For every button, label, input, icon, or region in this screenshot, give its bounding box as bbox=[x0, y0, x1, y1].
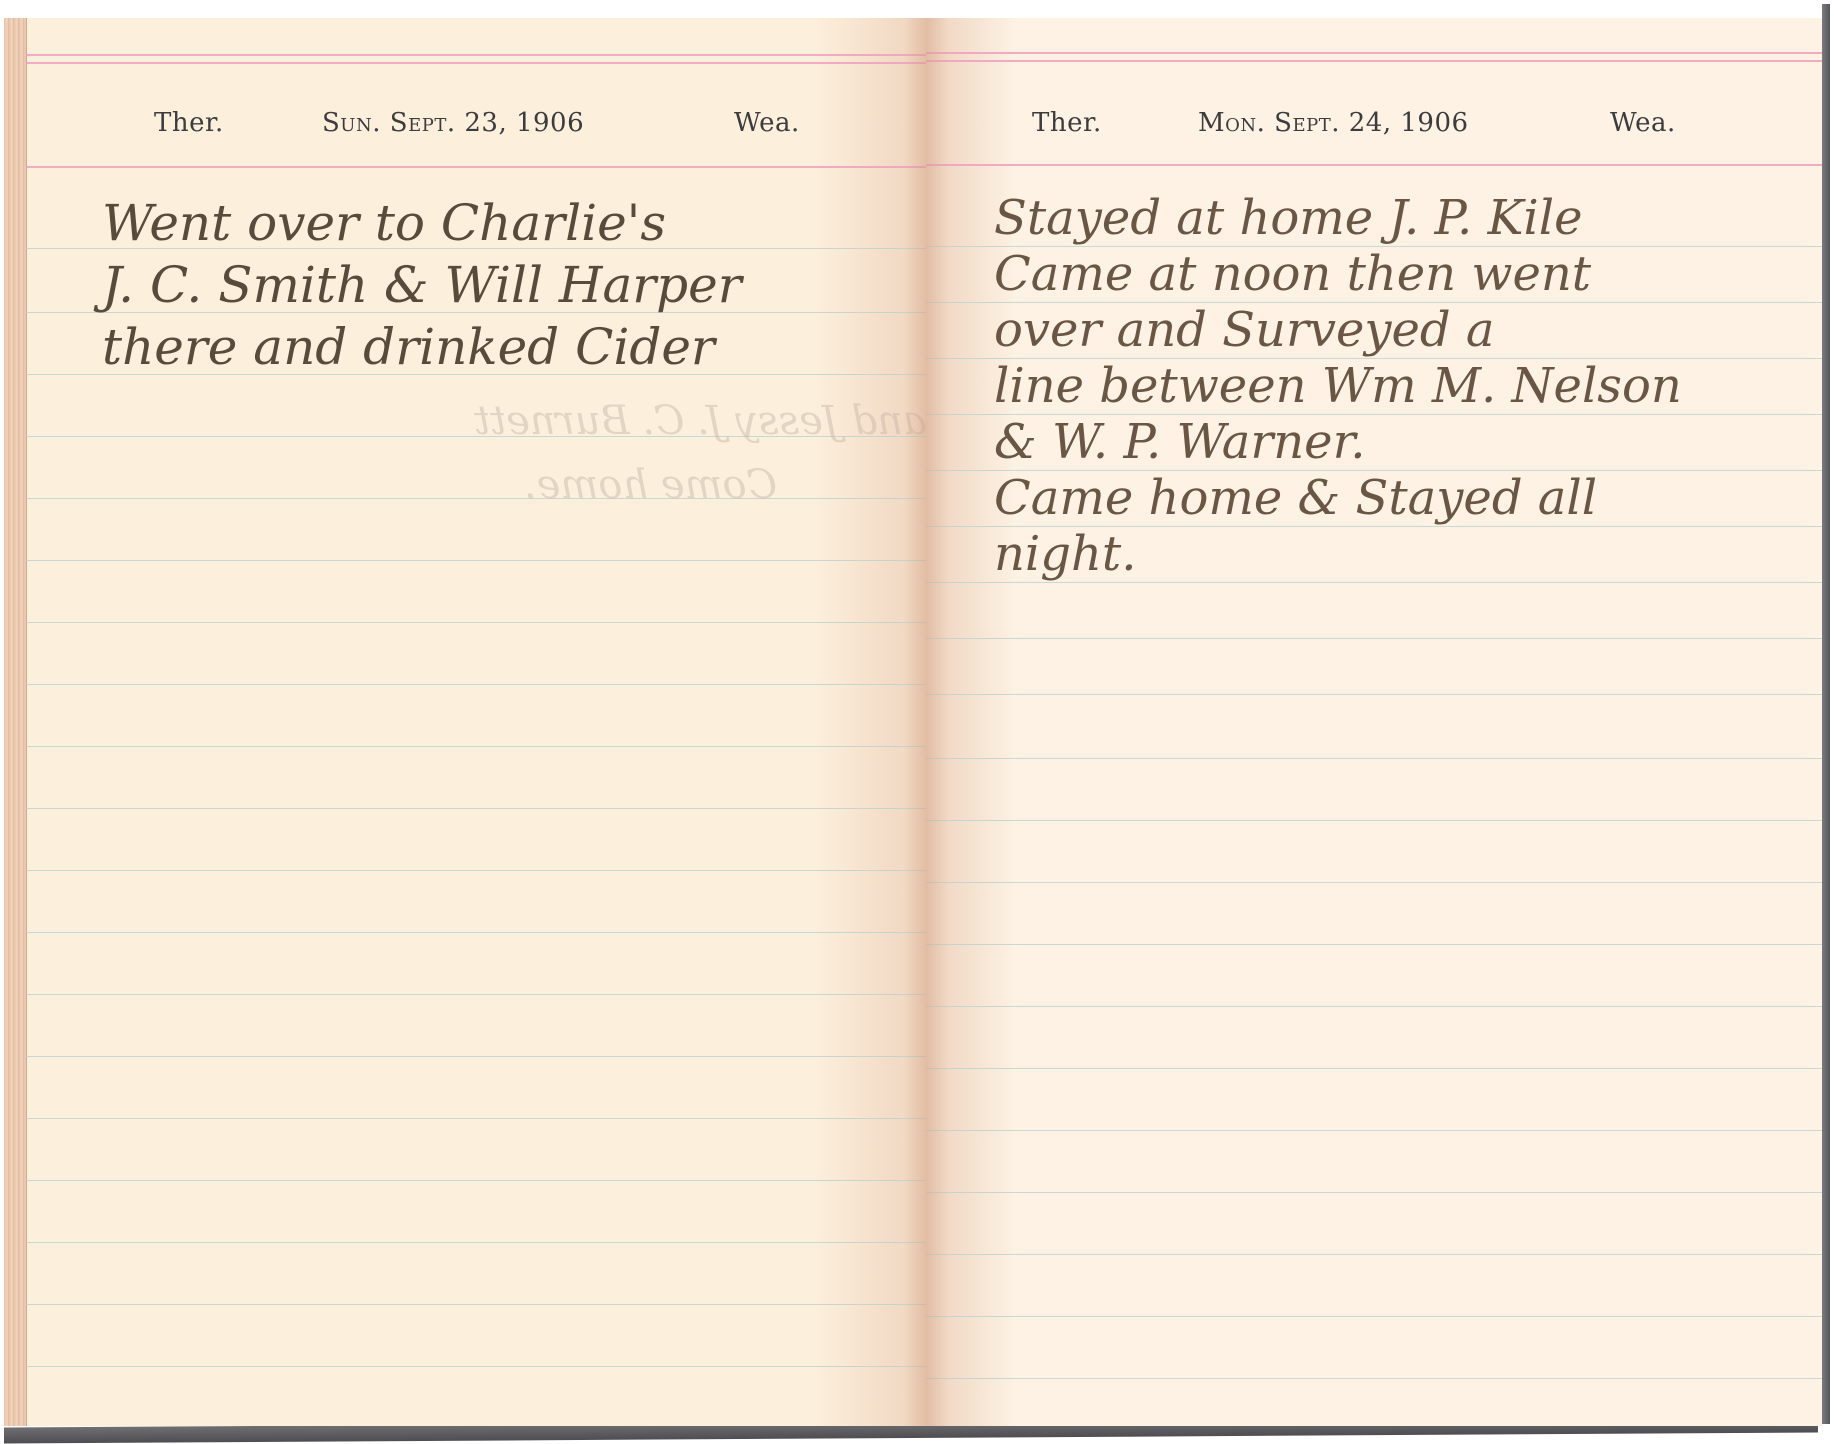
left-page: Ther. Sun. Sept. 23, 1906 Wea. bbox=[4, 18, 926, 1426]
entry-line: Stayed at home J. P. Kile bbox=[994, 190, 1682, 246]
header-rule-top bbox=[26, 54, 926, 56]
entry-line: there and drinked Cider bbox=[102, 316, 742, 378]
right-page-header: Ther. Mon. Sept. 24, 1906 Wea. bbox=[926, 90, 1822, 150]
entry-line: over and Surveyed a bbox=[994, 302, 1682, 358]
wea-label: Wea. bbox=[734, 108, 800, 138]
entry-line: Went over to Charlie's bbox=[102, 192, 742, 254]
wea-label: Wea. bbox=[1610, 108, 1676, 138]
entry-line: & W. P. Warner. bbox=[994, 414, 1682, 470]
header-rule-bottom bbox=[26, 166, 926, 168]
right-page-entry: Stayed at home J. P. Kile Came at noon t… bbox=[994, 190, 1682, 582]
page-date: Sun. Sept. 23, 1906 bbox=[322, 108, 584, 138]
bleed-through-line-2: Come home. bbox=[524, 462, 777, 508]
page-date: Mon. Sept. 24, 1906 bbox=[1198, 108, 1469, 138]
book-spine bbox=[904, 18, 948, 1426]
header-rule-bottom bbox=[926, 164, 1822, 166]
entry-line: Came home & Stayed all bbox=[994, 470, 1682, 526]
diary-spread: Ther. Sun. Sept. 23, 1906 Wea. bbox=[4, 18, 1822, 1426]
left-page-entry: Went over to Charlie's J. C. Smith & Wil… bbox=[102, 192, 742, 378]
entry-line: night. bbox=[994, 526, 1682, 582]
page-edges bbox=[4, 18, 27, 1426]
left-page-header: Ther. Sun. Sept. 23, 1906 Wea. bbox=[4, 90, 926, 150]
entry-line: Came at noon then went bbox=[994, 246, 1682, 302]
bleed-through-line-1: and Jessy J. C. Burnett bbox=[474, 398, 926, 444]
header-rule-top-double bbox=[26, 62, 926, 64]
right-page: Ther. Mon. Sept. 24, 1906 Wea. bbox=[926, 18, 1822, 1426]
ther-label: Ther. bbox=[154, 108, 224, 138]
entry-line: line between Wm M. Nelson bbox=[994, 358, 1682, 414]
header-rule-top-double bbox=[926, 60, 1822, 62]
ther-label: Ther. bbox=[1032, 108, 1102, 138]
entry-line: J. C. Smith & Will Harper bbox=[102, 254, 742, 316]
book-cover-edge-right bbox=[1822, 4, 1830, 1424]
diary-scan: Ther. Sun. Sept. 23, 1906 Wea. bbox=[0, 0, 1834, 1443]
header-rule-top bbox=[926, 52, 1822, 54]
